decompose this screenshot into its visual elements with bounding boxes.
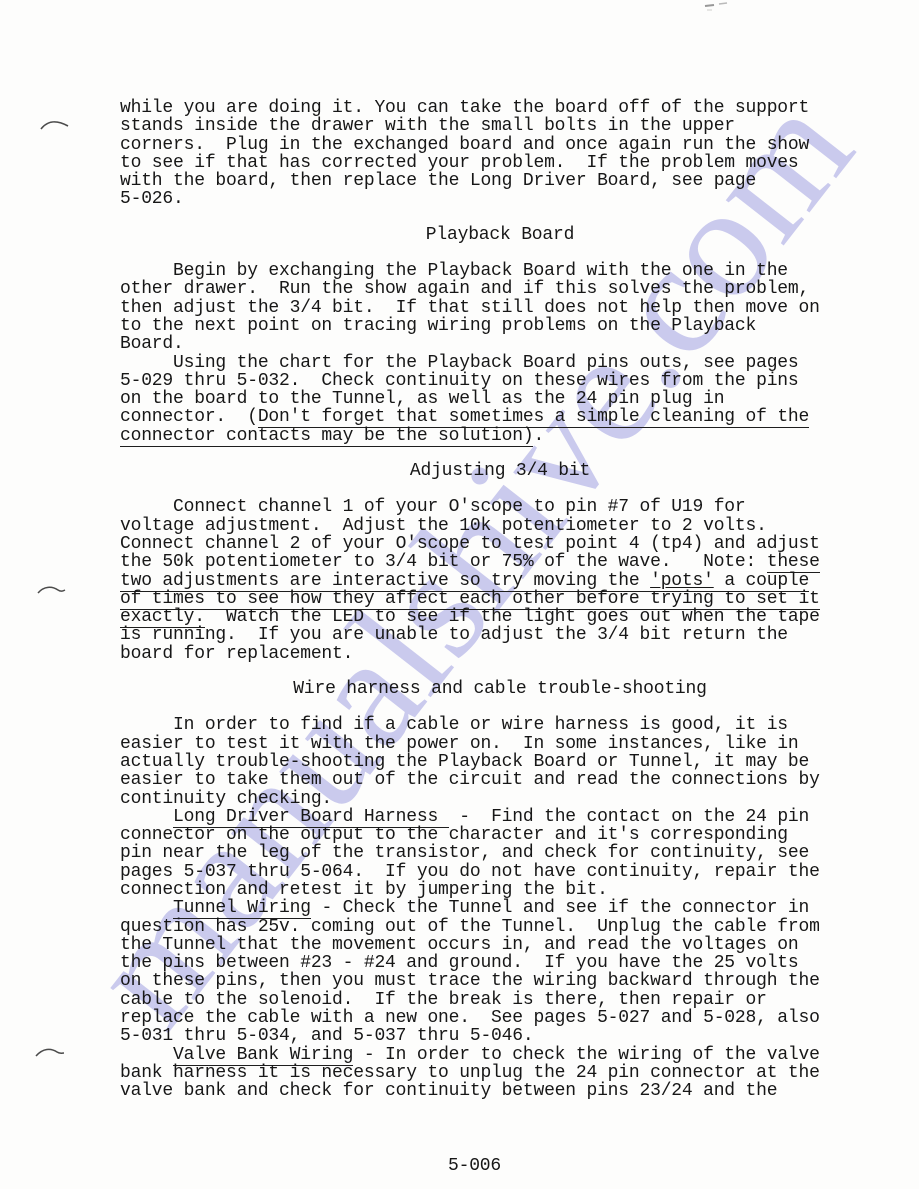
- text-line: question has 25v. coming out of the Tunn…: [120, 918, 880, 936]
- text-segment: replace the cable with a new one. See pa…: [120, 1008, 820, 1028]
- text-line: connector contacts may be the solution).: [120, 427, 880, 445]
- text-segment: [120, 807, 173, 827]
- text-line: other drawer. Run the show again and if …: [120, 280, 880, 298]
- text-line: Connect channel 2 of your O'scope to tes…: [120, 535, 880, 553]
- text-line: replace the cable with a new one. See pa…: [120, 1009, 880, 1027]
- underlined-text: connector contacts may be the solution): [120, 426, 533, 447]
- text-segment: - In order to check the wiring of the va…: [353, 1045, 819, 1065]
- text-line: connector. (Don't forget that sometimes …: [120, 408, 880, 426]
- text-segment: on these pins, then you must trace the w…: [120, 971, 820, 991]
- text-segment: [120, 898, 173, 918]
- text-line: Tunnel Wiring - Check the Tunnel and see…: [120, 899, 880, 917]
- text-line: connection and retest it by jumpering th…: [120, 881, 880, 899]
- text-line: Using the chart for the Playback Board p…: [120, 354, 880, 372]
- text-line: Begin by exchanging the Playback Board w…: [120, 262, 880, 280]
- text-line: to see if that has corrected your proble…: [120, 154, 880, 172]
- paragraph: Connect channel 1 of your O'scope to pin…: [120, 498, 880, 663]
- text-line: easier to take them out of the circuit a…: [120, 771, 880, 789]
- text-segment: to the next point on tracing wiring prob…: [120, 316, 756, 336]
- paragraph: Begin by exchanging the Playback Board w…: [120, 262, 880, 445]
- text-line: while you are doing it. You can take the…: [120, 99, 880, 117]
- text-line: stands inside the drawer with the small …: [120, 117, 880, 135]
- section-heading: Adjusting 3/4 bit: [120, 462, 880, 480]
- text-line: In order to find if a cable or wire harn…: [120, 716, 880, 734]
- text-line: exactly. Watch the LED to see if the lig…: [120, 608, 880, 626]
- text-segment: Connect channel 2 of your O'scope to tes…: [120, 534, 820, 554]
- scan-smudge: [701, 1, 745, 15]
- text-line: two adjustments are interactive so try m…: [120, 572, 880, 590]
- text-segment: continuity checking.: [120, 789, 332, 809]
- text-segment: Begin by exchanging the Playback Board w…: [120, 261, 788, 281]
- text-segment: 5-026.: [120, 189, 184, 209]
- text-line: the Tunnel that the movement occurs in, …: [120, 936, 880, 954]
- text-line: on the board to the Tunnel, as well as t…: [120, 390, 880, 408]
- text-line: with the board, then replace the Long Dr…: [120, 172, 880, 190]
- text-line: Connect channel 1 of your O'scope to pin…: [120, 498, 880, 516]
- text-segment: Watch the LED to see if the light goes o…: [205, 607, 820, 627]
- text-line: the pins between #23 - #24 and ground. I…: [120, 954, 880, 972]
- text-line: Valve Bank Wiring - In order to check th…: [120, 1046, 880, 1064]
- text-segment: .: [533, 426, 544, 446]
- document-content: while you are doing it. You can take the…: [120, 99, 880, 1101]
- text-line: is running. If you are unable to adjust …: [120, 626, 880, 644]
- paragraph: In order to find if a cable or wire harn…: [120, 716, 880, 1100]
- text-segment: the pins between #23 - #24 and ground. I…: [120, 953, 799, 973]
- text-segment: connection and retest it by jumpering th…: [120, 880, 608, 900]
- text-line: voltage adjustment. Adjust the 10k poten…: [120, 517, 880, 535]
- text-segment: to see if that has corrected your proble…: [120, 153, 799, 173]
- text-segment: voltage adjustment. Adjust the 10k poten…: [120, 516, 767, 536]
- section-heading: Playback Board: [120, 226, 880, 244]
- text-segment: [120, 1045, 173, 1065]
- text-line: to the next point on tracing wiring prob…: [120, 317, 880, 335]
- text-segment: on the board to the Tunnel, as well as t…: [120, 389, 724, 409]
- text-line: connector on the output to the character…: [120, 826, 880, 844]
- text-segment: stands inside the drawer with the small …: [120, 116, 735, 136]
- text-segment: Using the chart for the Playback Board p…: [120, 353, 799, 373]
- text-line: Board.: [120, 335, 880, 353]
- text-segment: pages 5-037 thru 5-064. If you do not ha…: [120, 862, 820, 882]
- text-segment: the Tunnel that the movement occurs in, …: [120, 935, 799, 955]
- text-segment: other drawer. Run the show again and if …: [120, 279, 809, 299]
- text-segment: with the board, then replace the Long Dr…: [120, 171, 756, 191]
- text-segment: 5-029 thru 5-032. Check continuity on th…: [120, 371, 799, 391]
- text-line: the 50k potentiometer to 3/4 bit or 75% …: [120, 553, 880, 571]
- text-segment: cable to the solenoid. If the break is t…: [120, 990, 767, 1010]
- text-line: valve bank and check for continuity betw…: [120, 1082, 880, 1100]
- text-segment: actually trouble-shooting the Playback B…: [120, 752, 809, 772]
- text-segment: valve bank and check for continuity betw…: [120, 1081, 777, 1101]
- text-segment: pin near the leg of the transistor, and …: [120, 843, 809, 863]
- text-line: 5-029 thru 5-032. Check continuity on th…: [120, 372, 880, 390]
- text-line: actually trouble-shooting the Playback B…: [120, 753, 880, 771]
- text-line: 5-031 thru 5-034, and 5-037 thru 5-046.: [120, 1027, 880, 1045]
- text-segment: corners. Plug in the exchanged board and…: [120, 135, 809, 155]
- text-segment: the 50k potentiometer to 3/4 bit or 75% …: [120, 552, 767, 572]
- handwritten-margin-mark: [34, 1044, 68, 1062]
- text-segment: In order to find if a cable or wire harn…: [120, 715, 788, 735]
- text-line: continuity checking.: [120, 790, 880, 808]
- scanned-manual-page: manualshive.com while you are doing it. …: [0, 0, 919, 1189]
- section-heading: Wire harness and cable trouble-shooting: [120, 680, 880, 698]
- text-segment: Connect channel 1 of your O'scope to pin…: [120, 497, 746, 517]
- text-segment: - Check the Tunnel and see if the connec…: [311, 898, 809, 918]
- text-line: bank harness it is necessary to unplug t…: [120, 1064, 880, 1082]
- text-segment: board for replacement.: [120, 644, 353, 664]
- text-line: cable to the solenoid. If the break is t…: [120, 991, 880, 1009]
- handwritten-margin-mark: [39, 117, 73, 135]
- text-line: Long Driver Board Harness - Find the con…: [120, 808, 880, 826]
- text-segment: 5-031 thru 5-034, and 5-037 thru 5-046.: [120, 1026, 533, 1046]
- text-line: 5-026.: [120, 190, 880, 208]
- text-segment: bank harness it is necessary to unplug t…: [120, 1063, 820, 1083]
- text-segment: connector on the output to the character…: [120, 825, 788, 845]
- text-segment: Board.: [120, 334, 184, 354]
- text-line: board for replacement.: [120, 645, 880, 663]
- text-segment: easier to take them out of the circuit a…: [120, 770, 820, 790]
- text-line: corners. Plug in the exchanged board and…: [120, 136, 880, 154]
- handwritten-margin-mark: [36, 582, 70, 600]
- text-line: on these pins, then you must trace the w…: [120, 972, 880, 990]
- text-segment: easier to test it with the power on. In …: [120, 734, 799, 754]
- text-line: of times to see how they affect each oth…: [120, 590, 880, 608]
- text-segment: then adjust the 3/4 bit. If that still d…: [120, 298, 820, 318]
- text-line: pin near the leg of the transistor, and …: [120, 844, 880, 862]
- text-segment: is running. If you are unable to adjust …: [120, 625, 788, 645]
- text-line: pages 5-037 thru 5-064. If you do not ha…: [120, 863, 880, 881]
- text-line: then adjust the 3/4 bit. If that still d…: [120, 299, 880, 317]
- text-line: easier to test it with the power on. In …: [120, 735, 880, 753]
- text-segment: connector. (: [120, 407, 258, 427]
- page-number: 5-006: [15, 1156, 919, 1176]
- text-segment: question has 25v. coming out of the Tunn…: [120, 917, 820, 937]
- text-segment: - Find the contact on the 24 pin: [449, 807, 809, 827]
- paragraph: while you are doing it. You can take the…: [120, 99, 880, 209]
- text-segment: while you are doing it. You can take the…: [120, 98, 809, 118]
